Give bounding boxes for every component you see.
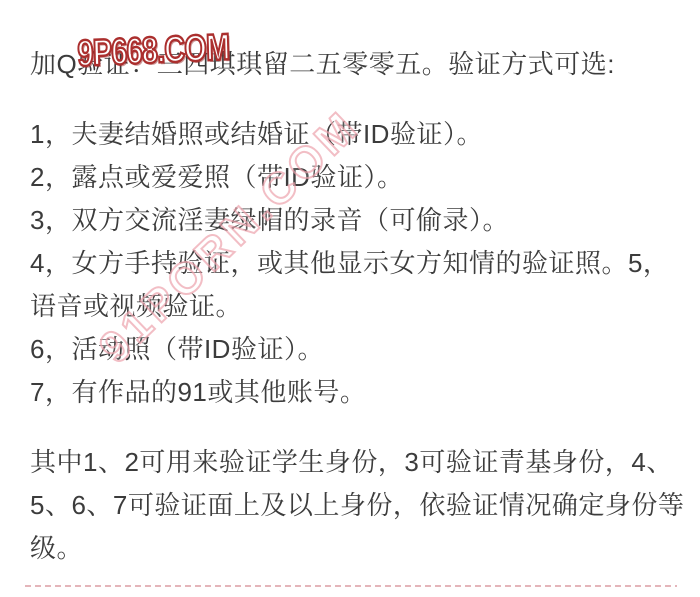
footer-line: 级。 — [30, 527, 678, 570]
document-body: 加Q验证：三四琪琪留二五零零五。验证方式可选: 1，夫妻结婚照或结婚证（带ID验… — [30, 43, 678, 597]
list-line: 4，女方手持验证，或其他显示女方知情的验证照。5， — [30, 242, 678, 285]
list-line: 2，露点或爱爱照（带ID验证）。 — [30, 156, 678, 199]
intro-paragraph: 加Q验证：三四琪琪留二五零零五。验证方式可选: — [30, 43, 678, 86]
page: 9P668.COM 91PORN.COM 加Q验证：三四琪琪留二五零零五。验证方… — [0, 0, 700, 597]
list-line: 7，有作品的91或其他账号。 — [30, 371, 678, 414]
intro-line: 加Q验证：三四琪琪留二五零零五。验证方式可选: — [30, 43, 678, 86]
list-line: 语音或视频验证。 — [30, 285, 678, 328]
list-line: 6，活动照（带ID验证）。 — [30, 328, 678, 371]
footer-paragraph: 其中1、2可用来验证学生身份，3可验证青基身份，4、 5、6、7可验证面上及以上… — [30, 441, 678, 570]
list-line: 1，夫妻结婚照或结婚证（带ID验证）。 — [30, 113, 678, 156]
verification-list: 1，夫妻结婚照或结婚证（带ID验证）。 2，露点或爱爱照（带ID验证）。 3，双… — [30, 113, 678, 414]
dashed-divider — [25, 585, 677, 587]
list-line: 3，双方交流淫妻绿帽的录音（可偷录）。 — [30, 199, 678, 242]
footer-line: 其中1、2可用来验证学生身份，3可验证青基身份，4、 — [30, 441, 678, 484]
footer-line: 5、6、7可验证面上及以上身份，依验证情况确定身份等 — [30, 484, 678, 527]
